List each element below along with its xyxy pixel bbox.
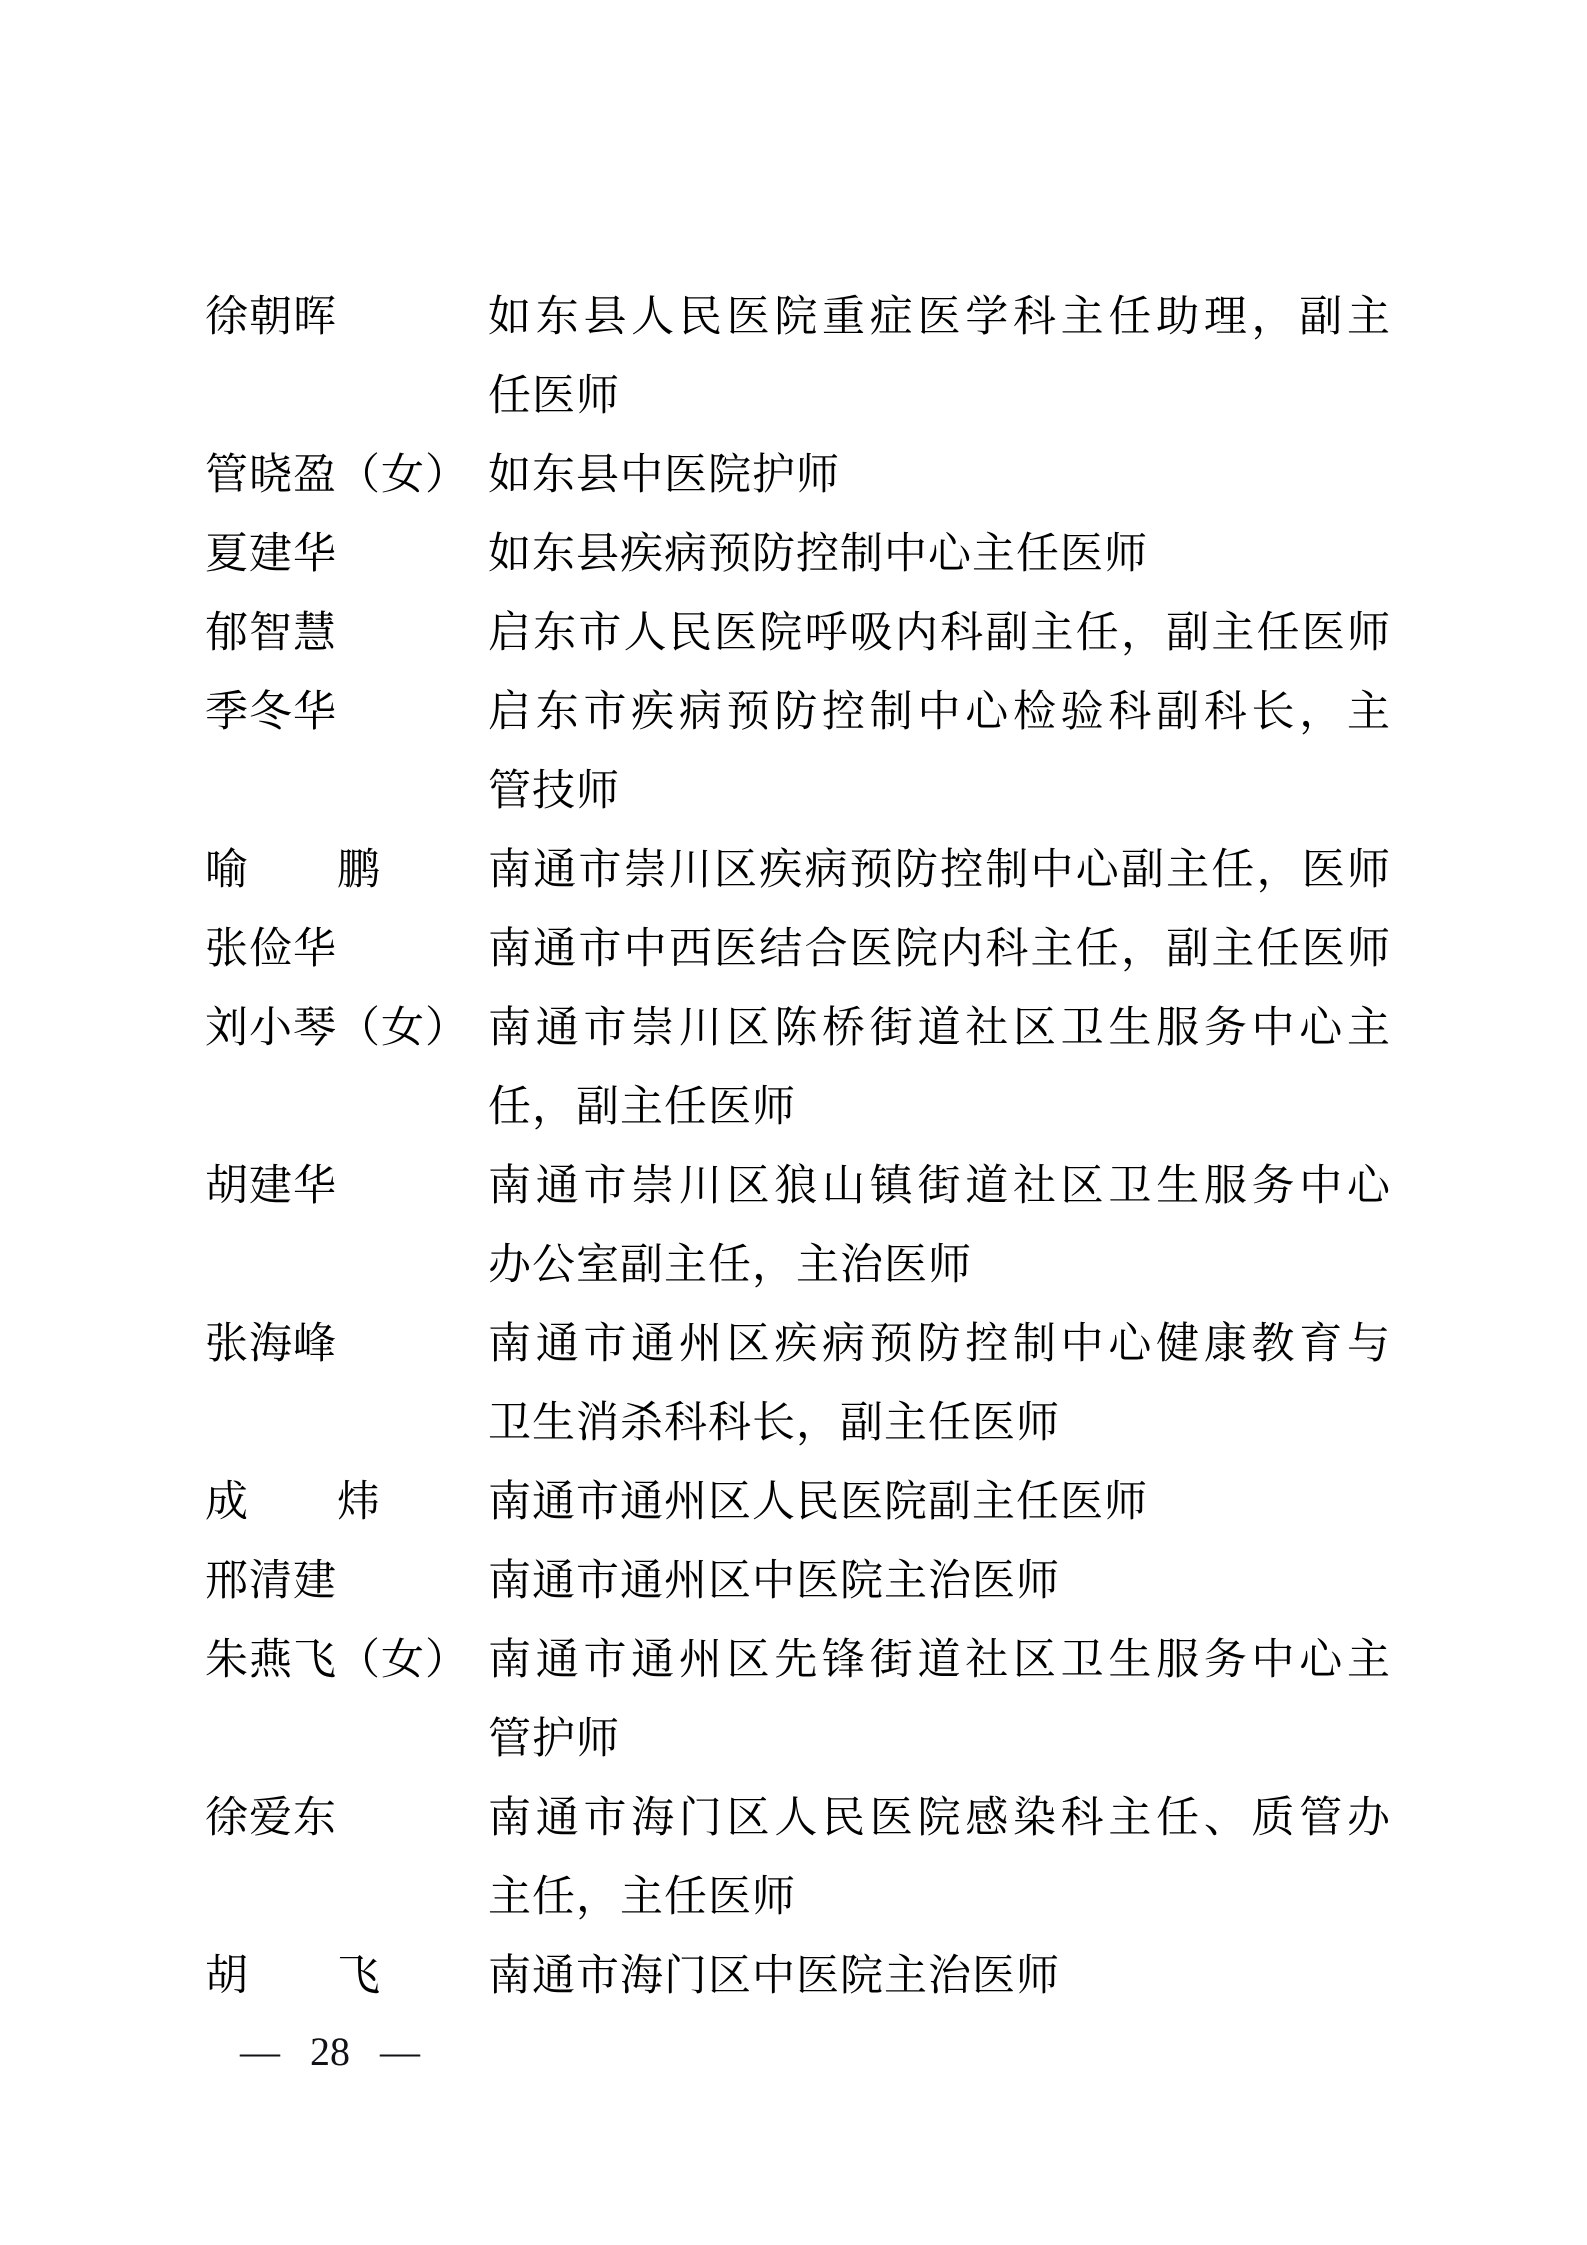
person-title: 南通市通州区人民医院副主任医师 [488,1463,1390,1542]
title-line: 南通市崇川区狼山镇街道社区卫生服务中心 [488,1147,1390,1226]
title-line: 如东县人民医院重症医学科主任助理，副主 [488,278,1390,357]
title-line: 南通市崇川区陈桥街道社区卫生服务中心主 [488,989,1390,1068]
person-name: 季冬华 [205,673,488,752]
person-name: 胡 飞 [205,1937,488,2016]
person-name: 成 炜 [205,1463,488,1542]
title-line: 卫生消杀科科长，副主任医师 [488,1384,1390,1463]
title-line: 如东县疾病预防控制中心主任医师 [488,515,1390,594]
title-line: 南通市通州区先锋街道社区卫生服务中心主 [488,1621,1390,1700]
document-page: 徐朝晖如东县人民医院重症医学科主任助理，副主任医师管晓盈（女）如东县中医院护师夏… [0,0,1587,2245]
list-entry: 喻 鹏南通市崇川区疾病预防控制中心副主任，医师 [205,831,1395,910]
person-name: 夏建华 [205,515,488,594]
person-title: 如东县人民医院重症医学科主任助理，副主任医师 [488,278,1390,436]
list-entry: 刘小琴（女）南通市崇川区陈桥街道社区卫生服务中心主任，副主任医师 [205,989,1395,1147]
list-entry: 胡建华南通市崇川区狼山镇街道社区卫生服务中心办公室副主任，主治医师 [205,1147,1395,1305]
list-entry: 管晓盈（女）如东县中医院护师 [205,436,1395,515]
title-line: 南通市通州区疾病预防控制中心健康教育与 [488,1305,1390,1384]
person-title: 南通市通州区先锋街道社区卫生服务中心主管护师 [488,1621,1390,1779]
title-line: 任医师 [488,357,1390,436]
person-name: 邢清建 [205,1542,488,1621]
title-line: 启东市人民医院呼吸内科副主任，副主任医师 [488,594,1390,673]
person-name: 徐爱东 [205,1779,488,1858]
title-line: 南通市崇川区疾病预防控制中心副主任，医师 [488,831,1390,910]
title-line: 办公室副主任，主治医师 [488,1226,1390,1305]
title-line: 南通市中西医结合医院内科主任，副主任医师 [488,910,1390,989]
list-entry: 徐朝晖如东县人民医院重症医学科主任助理，副主任医师 [205,278,1395,436]
title-line: 如东县中医院护师 [488,436,1390,515]
award-name-list: 徐朝晖如东县人民医院重症医学科主任助理，副主任医师管晓盈（女）如东县中医院护师夏… [205,278,1395,2016]
footer-dash-left: — [240,2022,280,2082]
list-entry: 张海峰南通市通州区疾病预防控制中心健康教育与卫生消杀科科长，副主任医师 [205,1305,1395,1463]
person-title: 启东市人民医院呼吸内科副主任，副主任医师 [488,594,1390,673]
person-name: 朱燕飞（女） [205,1621,488,1700]
person-title: 如东县中医院护师 [488,436,1390,515]
person-title: 如东县疾病预防控制中心主任医师 [488,515,1390,594]
list-entry: 徐爱东南通市海门区人民医院感染科主任、质管办主任，主任医师 [205,1779,1395,1937]
footer-dash-right: — [380,2022,420,2082]
person-name: 张俭华 [205,910,488,989]
person-title: 南通市崇川区狼山镇街道社区卫生服务中心办公室副主任，主治医师 [488,1147,1390,1305]
list-entry: 邢清建南通市通州区中医院主治医师 [205,1542,1395,1621]
person-title: 南通市通州区疾病预防控制中心健康教育与卫生消杀科科长，副主任医师 [488,1305,1390,1463]
page-footer: — 28 — [240,2022,420,2082]
list-entry: 张俭华南通市中西医结合医院内科主任，副主任医师 [205,910,1395,989]
person-title: 南通市崇川区疾病预防控制中心副主任，医师 [488,831,1390,910]
title-line: 南通市海门区中医院主治医师 [488,1937,1390,2016]
title-line: 南通市通州区中医院主治医师 [488,1542,1390,1621]
person-title: 南通市海门区人民医院感染科主任、质管办主任，主任医师 [488,1779,1390,1937]
person-name: 胡建华 [205,1147,488,1226]
title-line: 管技师 [488,752,1390,831]
title-line: 任，副主任医师 [488,1068,1390,1147]
title-line: 南通市通州区人民医院副主任医师 [488,1463,1390,1542]
title-line: 启东市疾病预防控制中心检验科副科长，主 [488,673,1390,752]
person-title: 启东市疾病预防控制中心检验科副科长，主管技师 [488,673,1390,831]
person-title: 南通市通州区中医院主治医师 [488,1542,1390,1621]
list-entry: 胡 飞南通市海门区中医院主治医师 [205,1937,1395,2016]
person-title: 南通市崇川区陈桥街道社区卫生服务中心主任，副主任医师 [488,989,1390,1147]
title-line: 主任，主任医师 [488,1858,1390,1937]
list-entry: 夏建华如东县疾病预防控制中心主任医师 [205,515,1395,594]
title-line: 南通市海门区人民医院感染科主任、质管办 [488,1779,1390,1858]
person-name: 刘小琴（女） [205,989,488,1068]
list-entry: 季冬华启东市疾病预防控制中心检验科副科长，主管技师 [205,673,1395,831]
list-entry: 郁智慧启东市人民医院呼吸内科副主任，副主任医师 [205,594,1395,673]
person-name: 郁智慧 [205,594,488,673]
list-entry: 朱燕飞（女）南通市通州区先锋街道社区卫生服务中心主管护师 [205,1621,1395,1779]
person-name: 管晓盈（女） [205,436,488,515]
list-entry: 成 炜南通市通州区人民医院副主任医师 [205,1463,1395,1542]
person-title: 南通市海门区中医院主治医师 [488,1937,1390,2016]
person-name: 喻 鹏 [205,831,488,910]
person-title: 南通市中西医结合医院内科主任，副主任医师 [488,910,1390,989]
page-number: 28 [310,2022,350,2082]
title-line: 管护师 [488,1700,1390,1779]
person-name: 张海峰 [205,1305,488,1384]
person-name: 徐朝晖 [205,278,488,357]
